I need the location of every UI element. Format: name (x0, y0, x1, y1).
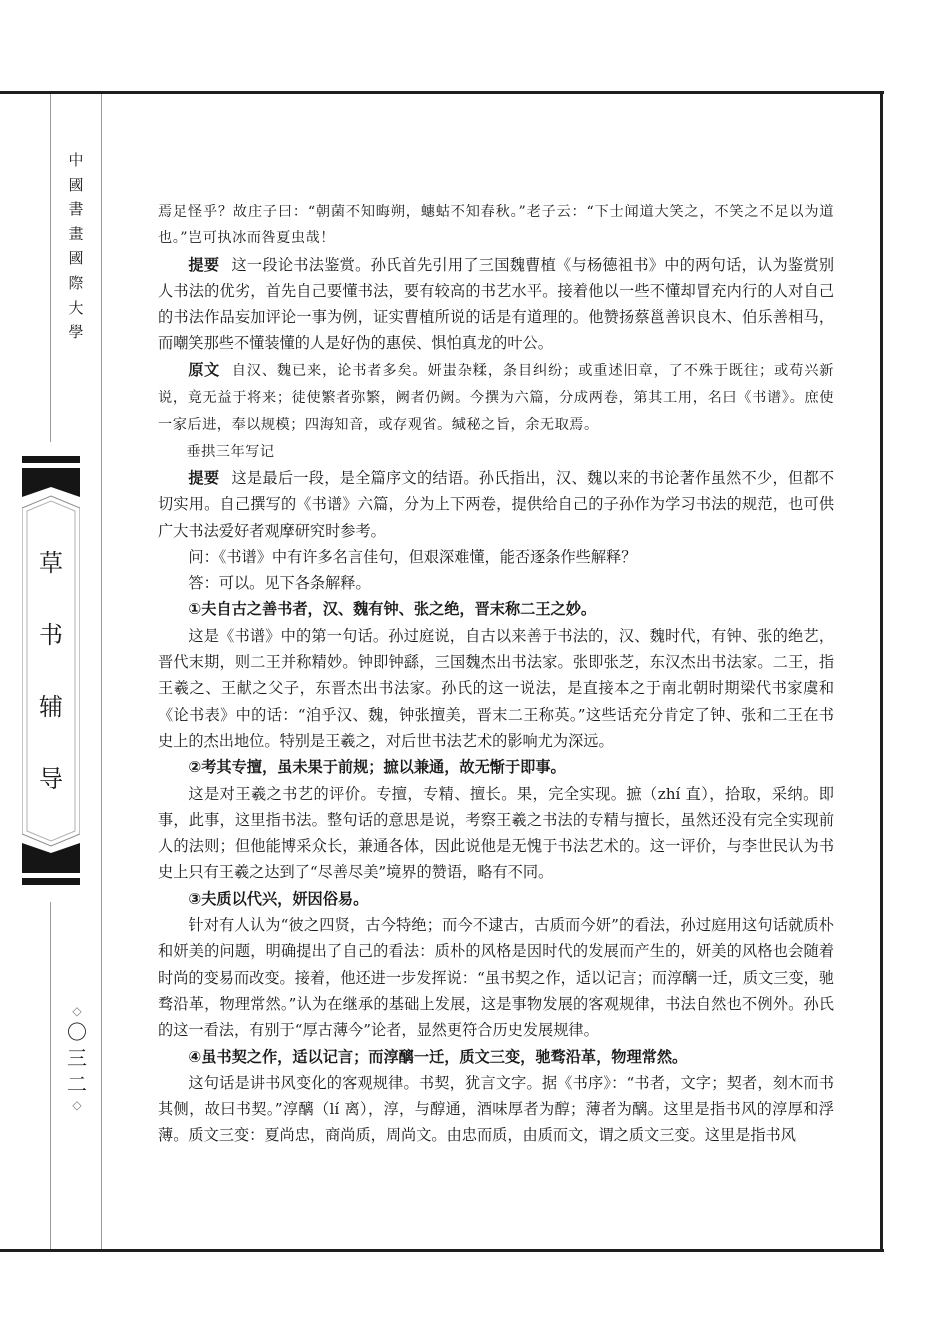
school-char: 際 (60, 271, 92, 296)
book-title-char: 导 (22, 762, 80, 834)
paragraph-classical-quote: 焉足怪乎？故庄子曰：“朝菌不知晦朔，蟪蛄不知春秋。”老子云：“下士闻道大笑之，不… (158, 199, 834, 252)
item-explanation: 这是《书谱》中的第一句话。孙过庭说，自古以来善于书法的，汉、魏时代，有钟、张的绝… (158, 623, 834, 754)
page-number: ◇ 〇 三 二 ◇ (62, 1003, 92, 1113)
school-char: 國 (60, 246, 92, 271)
item-heading: ③夫质以代兴，妍因俗易。 (158, 886, 834, 912)
page-digit: 〇 (62, 1019, 92, 1045)
school-name-vertical: 中 國 書 畫 國 際 大 學 (60, 148, 92, 345)
book-title-char: 辅 (22, 690, 80, 762)
frame-right-border (880, 91, 883, 1252)
answer: 答：可以。见下各条解释。 (158, 570, 834, 596)
book-title-ribbon: 草 书 辅 导 (22, 456, 80, 886)
school-char: 學 (60, 320, 92, 345)
paragraph-original-text: 原文自汉、魏已来，论书者多矣。妍蚩杂糅，条目纠纷；或重述旧章，了不殊于既往；或苟… (158, 357, 834, 439)
item-heading: ②考其专擅，虽未果于前规；摭以兼通，故无惭于即事。 (158, 754, 834, 780)
page-digit: 三 (62, 1045, 92, 1071)
summary-text: 这是最后一段，是全篇序文的结语。孙氏指出，汉、魏以来的书论著作虽然不少，但都不切… (158, 469, 834, 540)
paragraph-summary: 提要这一段论书法鉴赏。孙氏首先引用了三国魏曹植《与杨德祖书》中的两句话，认为鉴赏… (158, 252, 834, 357)
book-title-char: 书 (22, 618, 80, 690)
margin-rule-left-upper (50, 94, 51, 442)
school-char: 國 (60, 173, 92, 198)
school-char: 大 (60, 296, 92, 321)
paragraph-summary: 提要这是最后一段，是全篇序文的结语。孙氏指出，汉、魏以来的书论著作虽然不少，但都… (158, 465, 834, 544)
book-title-char: 草 (22, 546, 80, 618)
summary-label: 提要 (188, 256, 219, 274)
main-text: 焉足怪乎？故庄子曰：“朝菌不知晦朔，蟪蛄不知春秋。”老子云：“下士闻道大笑之，不… (158, 199, 834, 1149)
margin-rule-right (101, 94, 102, 1249)
frame-top-border (0, 91, 884, 94)
original-text: 自汉、魏已来，论书者多矣。妍蚩杂糅，条目纠纷；或重述旧章，了不殊于既往；或苟兴新… (158, 363, 834, 434)
summary-label: 提要 (188, 469, 219, 487)
school-char: 書 (60, 197, 92, 222)
item-heading: ①夫自古之善书者，汉、魏有钟、张之绝，晋末称二王之妙。 (158, 596, 834, 622)
margin-rule-left-lower (50, 902, 51, 1249)
item-explanation: 针对有人认为“彼之四贤，古今特绝；而今不逮古，古质而今妍”的看法，孙过庭用这句话… (158, 912, 834, 1043)
school-char: 中 (60, 148, 92, 173)
diamond-icon: ◇ (62, 1003, 92, 1019)
summary-text: 这一段论书法鉴赏。孙氏首先引用了三国魏曹植《与杨德祖书》中的两句话，认为鉴赏别人… (158, 256, 834, 353)
book-title-vertical: 草 书 辅 导 (22, 546, 80, 834)
frame-bottom-border (0, 1249, 884, 1252)
date-note: 垂拱三年写记 (158, 439, 834, 465)
page-digit: 二 (62, 1071, 92, 1097)
school-char: 畫 (60, 222, 92, 247)
item-heading: ④虽书契之作，适以记言；而淳醨一迁，质文三变，驰骛沿革，物理常然。 (158, 1044, 834, 1070)
item-explanation: 这是对王羲之书艺的评价。专擅，专精、擅长。果，完全实现。摭（zhí 直），拾取，… (158, 781, 834, 886)
item-explanation: 这句话是讲书风变化的客观规律。书契，犹言文字。据《书序》：“书者，文字；契者，刻… (158, 1070, 834, 1149)
question: 问：《书谱》中有许多名言佳句，但艰深难懂，能否逐条作些解释？ (158, 544, 834, 570)
original-label: 原文 (188, 361, 219, 379)
diamond-icon: ◇ (62, 1097, 92, 1113)
